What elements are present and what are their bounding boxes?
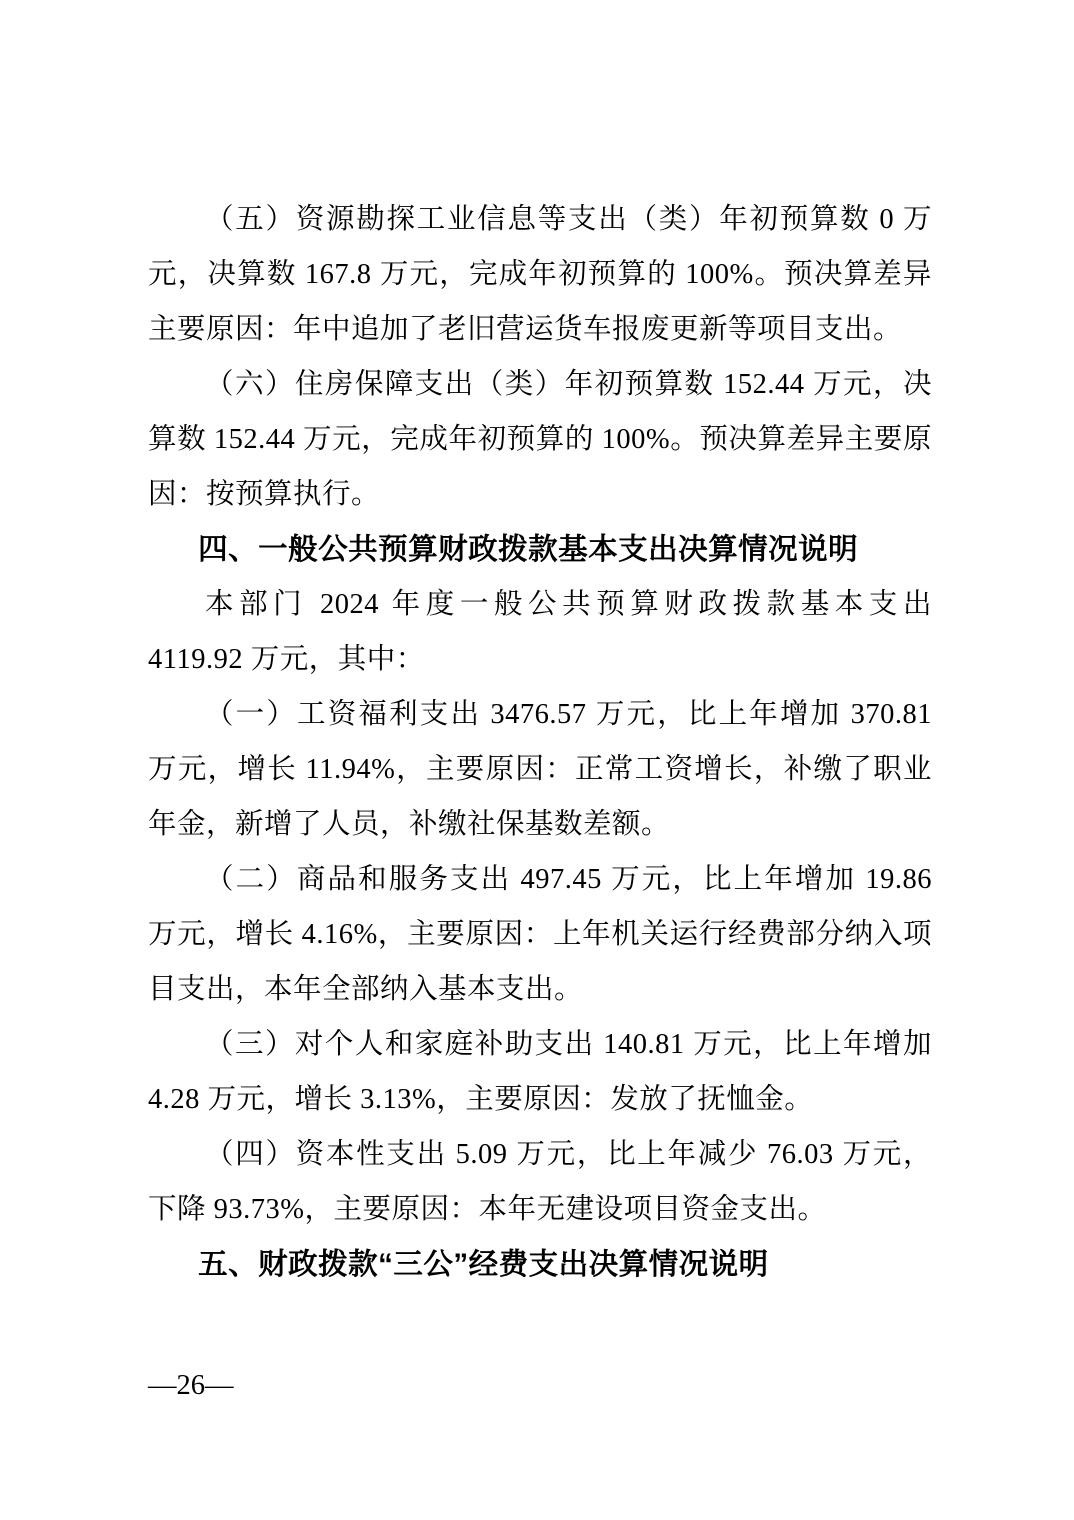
- paragraph-section-6-housing-security: （六）住房保障支出（类）年初预算数 152.44 万元，决算数 152.44 万…: [148, 357, 932, 522]
- paragraph-item-3-individual-family-subsidy: （三）对个人和家庭补助支出 140.81 万元，比上年增加 4.28 万元，增长…: [148, 1017, 932, 1127]
- paragraph-item-2-goods-services: （二）商品和服务支出 497.45 万元，比上年增加 19.86 万元，增长 4…: [148, 852, 932, 1017]
- paragraph-item-1-salary-welfare: （一）工资福利支出 3476.57 万元，比上年增加 370.81 万元，增长 …: [148, 687, 932, 852]
- document-page: （五）资源勘探工业信息等支出（类）年初预算数 0 万元，决算数 167.8 万元…: [0, 0, 1074, 1520]
- paragraph-section-5-resource-exploration: （五）资源勘探工业信息等支出（类）年初预算数 0 万元，决算数 167.8 万元…: [148, 192, 932, 357]
- page-number: —26—: [148, 1368, 234, 1404]
- document-content: （五）资源勘探工业信息等支出（类）年初预算数 0 万元，决算数 167.8 万元…: [148, 192, 932, 1292]
- paragraph-basic-expenditure-total: 本部门 2024 年度一般公共预算财政拨款基本支出 4119.92 万元，其中：: [148, 577, 932, 687]
- section-heading-5-three-public-funds: 五、财政拨款“三公”经费支出决算情况说明: [148, 1237, 932, 1292]
- paragraph-item-4-capital-expenditure: （四）资本性支出 5.09 万元，比上年减少 76.03 万元，下降 93.73…: [148, 1127, 932, 1237]
- section-heading-4-basic-expenditure: 四、一般公共预算财政拨款基本支出决算情况说明: [148, 522, 932, 577]
